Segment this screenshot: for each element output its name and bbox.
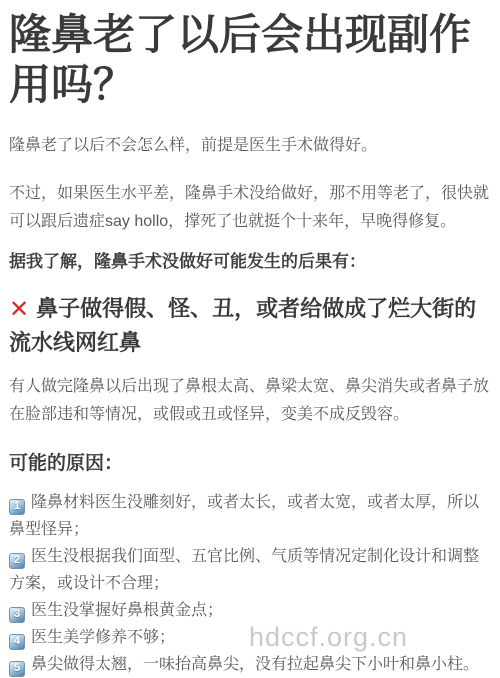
consequence-detail-paragraph: 有人做完隆鼻以后出现了鼻根太高、鼻梁太宽、鼻尖消失或者鼻子放在脸部违和等情况，或… <box>9 373 491 429</box>
reason-item-5: 5鼻尖做得太翘，一味抬高鼻尖，没有拉起鼻尖下小叶和鼻小柱。 <box>9 651 491 678</box>
reason-item-3-text: 医生没掌握好鼻根黄金点； <box>31 602 223 619</box>
intro-paragraph-1: 隆鼻老了以后不会怎么样，前提是医生手术做得好。 <box>9 132 491 160</box>
consequence-heading-text: 鼻子做得假、怪、丑，或者给做成了烂大街的流水线网红鼻 <box>9 296 476 355</box>
consequence-heading: ✕鼻子做得假、怪、丑，或者给做成了烂大街的流水线网红鼻 <box>9 292 491 359</box>
reason-item-5-text: 鼻尖做得太翘，一味抬高鼻尖，没有拉起鼻尖下小叶和鼻小柱。 <box>31 656 479 673</box>
reason-item-4: 4医生美学修养不够； <box>9 624 491 651</box>
reason-item-3: 3医生没掌握好鼻根黄金点； <box>9 597 491 624</box>
number-badge-3-icon: 3 <box>9 607 25 623</box>
article-page: 隆鼻老了以后会出现副作用吗？ 隆鼻老了以后不会怎么样，前提是医生手术做得好。 不… <box>0 0 500 678</box>
consequences-lead-line: 据我了解，隆鼻手术没做好可能发生的后果有： <box>9 248 491 276</box>
number-badge-4-icon: 4 <box>9 634 25 650</box>
reason-item-4-text: 医生美学修养不够； <box>31 629 175 646</box>
number-badge-1-icon: 1 <box>9 499 25 515</box>
reason-item-2-text: 医生没根据我们面型、五官比例、气质等情况定制化设计和调整方案，或设计不合理； <box>9 548 479 592</box>
reasons-heading: 可能的原因： <box>9 451 491 477</box>
reason-list: 1隆鼻材料医生没雕刻好，或者太长，或者太宽，或者太厚，所以鼻型怪异； 2医生没根… <box>9 489 491 678</box>
number-badge-2-icon: 2 <box>9 553 25 569</box>
reason-item-2: 2医生没根据我们面型、五官比例、气质等情况定制化设计和调整方案，或设计不合理； <box>9 543 491 597</box>
reason-item-1: 1隆鼻材料医生没雕刻好，或者太长，或者太宽，或者太厚，所以鼻型怪异； <box>9 489 491 543</box>
red-cross-icon: ✕ <box>9 296 29 323</box>
number-badge-5-icon: 5 <box>9 661 25 677</box>
intro-paragraph-2: 不过，如果医生水平差，隆鼻手术没给做好，那不用等老了，很快就可以跟后遗症say … <box>9 180 491 236</box>
article-title: 隆鼻老了以后会出现副作用吗？ <box>9 10 491 110</box>
reason-item-1-text: 隆鼻材料医生没雕刻好，或者太长，或者太宽，或者太厚，所以鼻型怪异； <box>9 494 479 538</box>
